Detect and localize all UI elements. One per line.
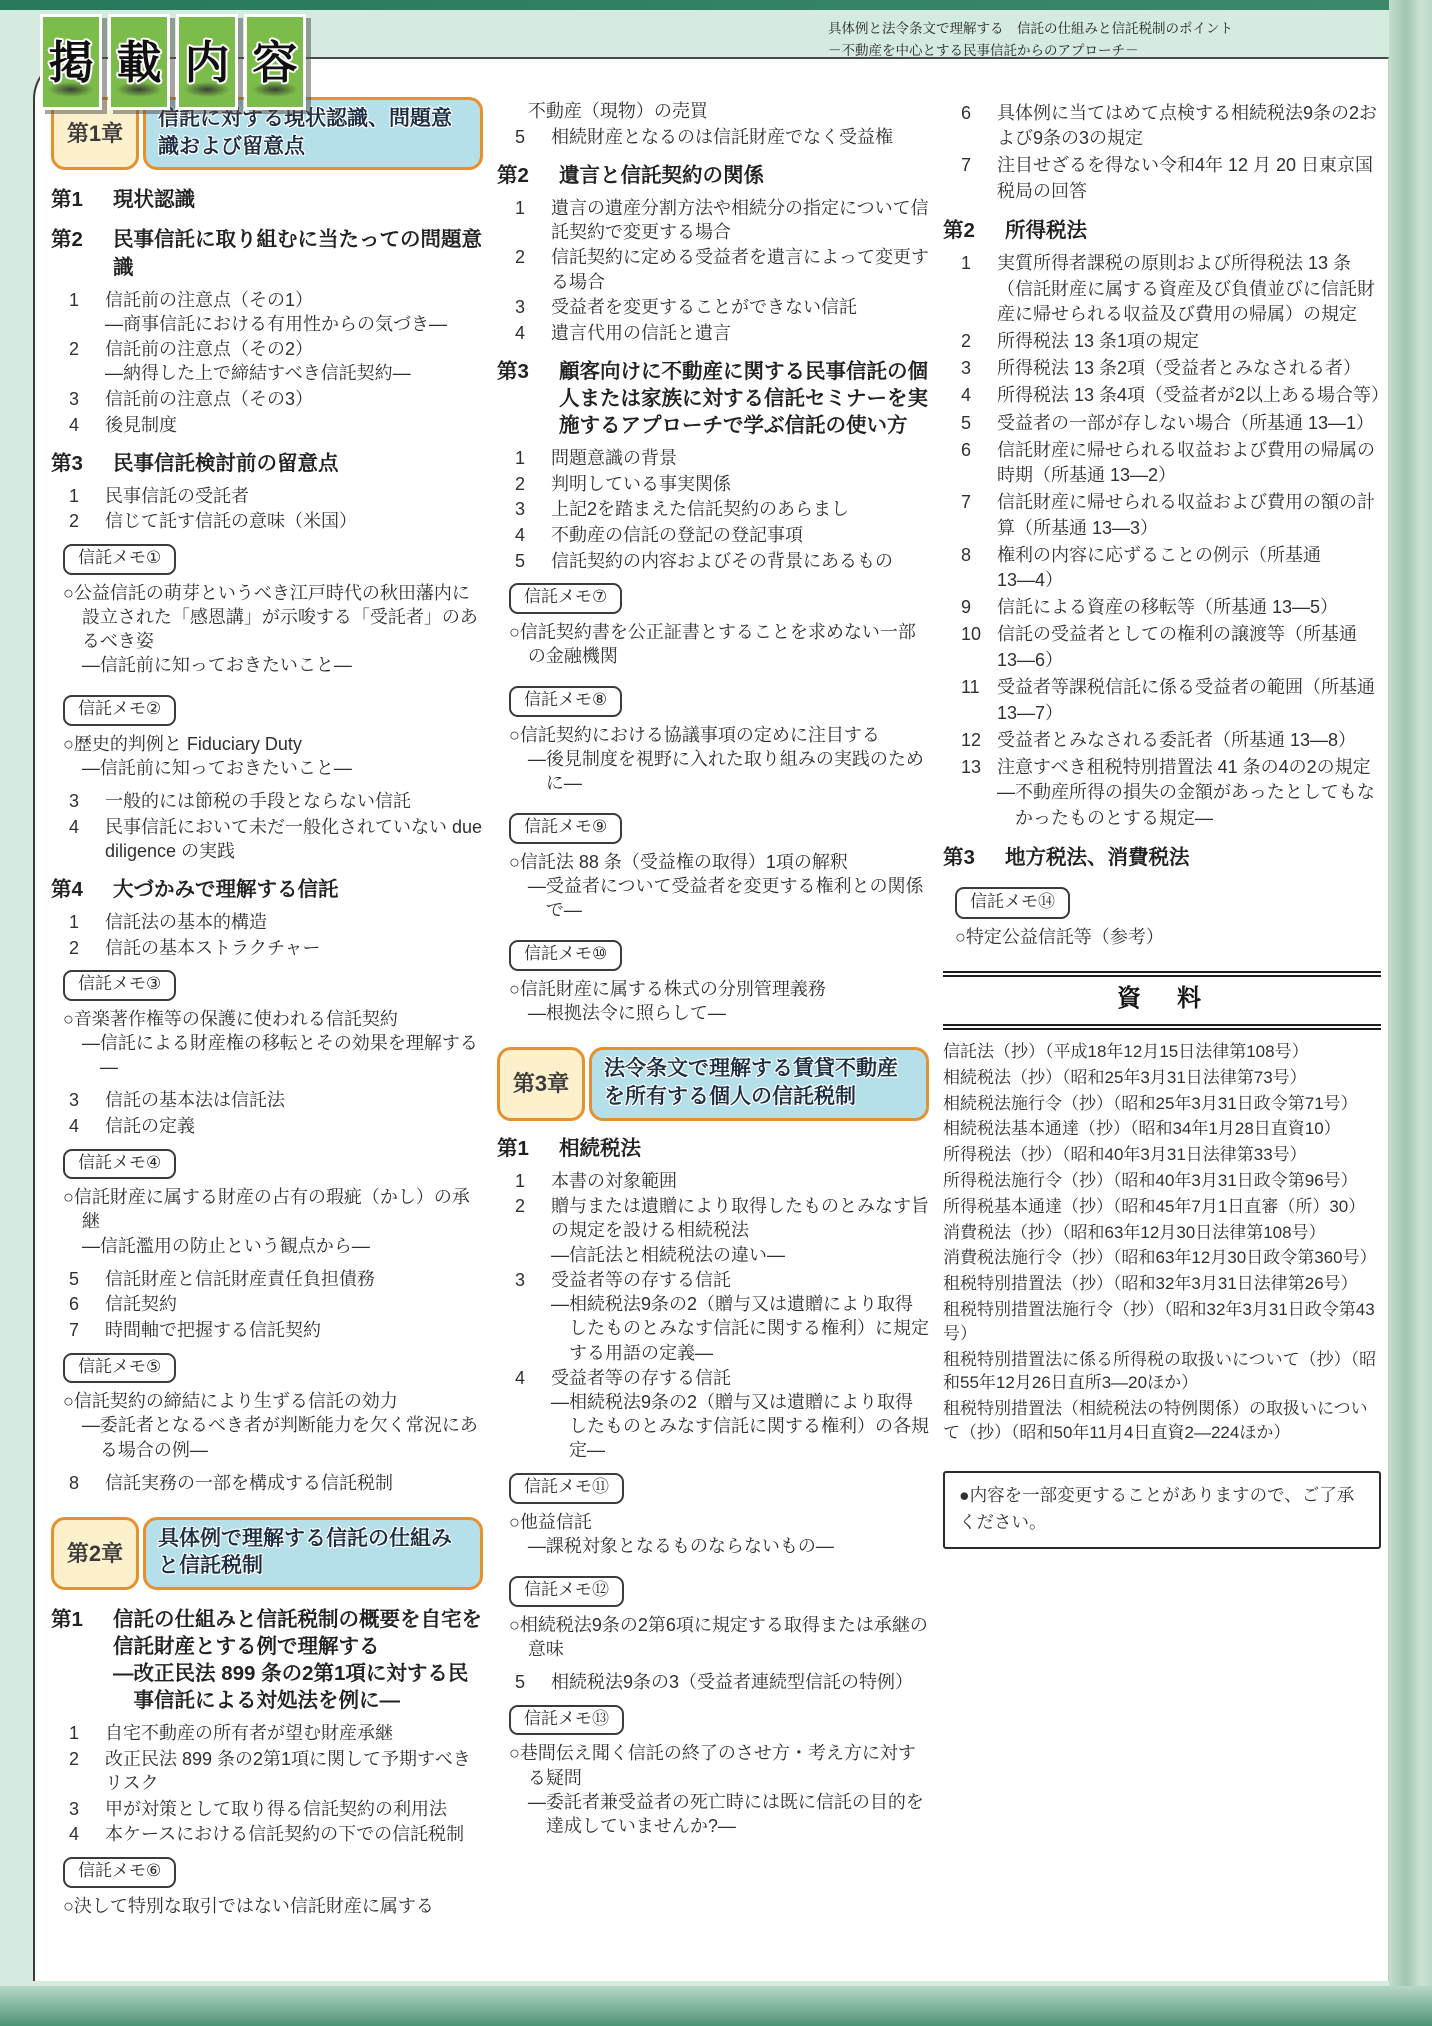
item-number: 2 — [69, 337, 105, 385]
toc-item: 4遺言代用の信託と遺言 — [497, 321, 929, 345]
dash-subtitle: ―委託者兼受益者の死亡時には既に信託の目的を達成していませんか?― — [528, 1790, 929, 1838]
resource-item: 信託法（抄）（平成18年12月15日法律第108号） — [943, 1040, 1381, 1064]
memo-note: ○信託契約における協議事項の定めに注目する―後見制度を視野に入れた取り組みの実践… — [509, 723, 929, 795]
item-text: 相続税法9条の3（受益者連続型信託の特例） — [551, 1670, 929, 1694]
section-number: 第2 — [51, 226, 113, 280]
item-number: 11 — [961, 675, 997, 726]
memo-note: ○相続税法9条の2第6項に規定する取得または承継の意味 — [509, 1613, 929, 1661]
item-text: 信託契約に定める受益者を遺言によって変更する場合 — [551, 245, 929, 293]
toc-item: 6具体例に当てはめて点検する相続税法9条の2および9条の3の規定 — [943, 101, 1381, 152]
notice-text: ●内容を一部変更することがありますので、ご了承ください。 — [959, 1482, 1365, 1536]
item-number: 5 — [69, 1267, 105, 1291]
toc-item: 3信託前の注意点（その3） — [51, 387, 483, 411]
section-number: 第3 — [943, 844, 1005, 871]
memo-note: ○決して特別な取引ではない信託財産に属する — [63, 1894, 483, 1918]
memo-note: ○音楽著作権等の保護に使われる信託契約―信託による財産権の移転とその効果を理解す… — [63, 1007, 483, 1079]
memo-badge: 信託メモ⑩ — [509, 940, 622, 971]
memo-badge: 信託メモ② — [63, 695, 176, 726]
item-number: 1 — [515, 1169, 551, 1193]
title-tab: 内 — [176, 14, 238, 110]
resource-item: 租税特別措置法に係る所得税の取扱いについて（抄）（昭和55年12月26日直所3―… — [943, 1348, 1381, 1396]
toc-item: 2判明している事実関係 — [497, 472, 929, 496]
item-text: 遺言の遺産分割方法や相続分の指定について信託契約で変更する場合 — [551, 196, 929, 244]
item-number: 7 — [961, 490, 997, 541]
dash-subtitle: ―不動産所得の損失の金額があったとしてもなかったものとする規定― — [997, 780, 1381, 831]
item-text: 贈与または遺贈により取得したものとみなす旨の規定を設ける相続税法―信託法と相続税… — [551, 1194, 929, 1266]
item-number: 8 — [961, 543, 997, 594]
item-text: 民事信託の受託者 — [105, 484, 483, 508]
toc-item: 1自宅不動産の所有者が望む財産承継 — [51, 1721, 483, 1745]
section-number: 第2 — [943, 217, 1005, 244]
section-number: 第1 — [497, 1135, 559, 1162]
toc-item: 4民事信託において未だ一般化されていない due diligence の実践 — [51, 815, 483, 863]
toc-column-3: 6具体例に当てはめて点検する相続税法9条の2および9条の3の規定7注目せざるを得… — [943, 99, 1381, 1549]
item-number: 6 — [961, 438, 997, 489]
bottom-green-bar — [0, 1986, 1432, 2026]
memo-badge: 信託メモ⑦ — [509, 583, 622, 614]
toc-item: 7信託財産に帰せられる収益および費用の額の計算（所基通 13―3） — [943, 490, 1381, 541]
item-number: 10 — [961, 622, 997, 673]
item-number: 6 — [69, 1292, 105, 1316]
toc-item: 2信託契約に定める受益者を遺言によって変更する場合 — [497, 245, 929, 293]
toc-item: 2信じて託す信託の意味（米国） — [51, 509, 483, 533]
section-heading: 第3地方税法、消費税法 — [943, 844, 1381, 871]
toc-item: 3受益者等の存する信託―相続税法9条の2（贈与又は遺贈により取得したものとみなす… — [497, 1268, 929, 1364]
item-text: 不動産の信託の登記の登記事項 — [551, 523, 929, 547]
item-text: 受益者の一部が存しない場合（所基通 13―1） — [997, 411, 1381, 437]
toc-item: 6信託財産に帰せられる収益および費用の帰属の時期（所基通 13―2） — [943, 438, 1381, 489]
resources-header: 資 料 — [943, 971, 1381, 1030]
section-number: 第1 — [51, 1606, 113, 1714]
item-text: 受益者等の存する信託―相続税法9条の2（贈与又は遺贈により取得したものとみなす信… — [551, 1268, 929, 1364]
item-text: 権利の内容に応ずることの例示（所基通 13―4） — [997, 543, 1381, 594]
item-text: 信託実務の一部を構成する信託税制 — [105, 1471, 483, 1495]
item-text: 所得税法 13 条2項（受益者とみなされる者） — [997, 356, 1381, 382]
toc-item: 1民事信託の受託者 — [51, 484, 483, 508]
toc-item: 5相続財産となるのは信託財産でなく受益権 — [497, 125, 929, 149]
item-number: 1 — [69, 910, 105, 934]
memo-badge: 信託メモ⑥ — [63, 1857, 176, 1888]
dash-subtitle: ―信託濫用の防止という観点から― — [82, 1234, 483, 1258]
section-title: 大づかみで理解する信託 — [113, 876, 483, 903]
section-heading: 第2遺言と信託契約の関係 — [497, 162, 929, 189]
toc-item: 9信託による資産の移転等（所基通 13―5） — [943, 595, 1381, 621]
toc-item: 2所得税法 13 条1項の規定 — [943, 329, 1381, 355]
item-text: 信託財産と信託財産責任負担債務 — [105, 1267, 483, 1291]
item-text: 一般的には節税の手段とならない信託 — [105, 789, 483, 813]
toc-item: 2信託の基本ストラクチャー — [51, 936, 483, 960]
toc-item: 7時間軸で把握する信託契約 — [51, 1318, 483, 1342]
item-text: 受益者等課税信託に係る受益者の範囲（所基通 13―7） — [997, 675, 1381, 726]
chapter-heading: 第2章具体例で理解する信託の仕組みと信託税制 — [51, 1517, 483, 1590]
item-text: 所得税法 13 条1項の規定 — [997, 329, 1381, 355]
top-green-bar — [0, 0, 1432, 10]
item-text: 遺言代用の信託と遺言 — [551, 321, 929, 345]
memo-note: ○信託契約書を公正証書とすることを求めない一部の金融機関 — [509, 620, 929, 668]
item-text: 甲が対策として取り得る信託契約の利用法 — [105, 1797, 483, 1821]
item-text: 改正民法 899 条の2第1項に関して予期すべきリスク — [105, 1747, 483, 1795]
chapter-title: 法令条文で理解する賃貸不動産を所有する個人の信託税制 — [589, 1047, 929, 1120]
toc-item: 1実質所得者課税の原則および所得税法 13 条（信託財産に属する資産及び負債並び… — [943, 251, 1381, 328]
resource-item: 所得税法（抄）（昭和40年3月31日法律第33号） — [943, 1143, 1381, 1167]
resource-item: 租税特別措置法（相続税法の特例関係）の取扱いについて（抄）（昭和50年11月4日… — [943, 1397, 1381, 1445]
item-text: 具体例に当てはめて点検する相続税法9条の2および9条の3の規定 — [997, 101, 1381, 152]
item-number: 2 — [69, 1747, 105, 1795]
item-number: 1 — [69, 288, 105, 336]
toc-column-2: 不動産（現物）の売買5相続財産となるのは信託財産でなく受益権第2遺言と信託契約の… — [497, 99, 929, 1847]
item-text: 信託の定義 — [105, 1114, 483, 1138]
item-text: 判明している事実関係 — [551, 472, 929, 496]
toc-item: 5信託財産と信託財産責任負担債務 — [51, 1267, 483, 1291]
toc-item: 1信託法の基本的構造 — [51, 910, 483, 934]
section-heading: 第1信託の仕組みと信託税制の概要を自宅を信託財産とする例で理解する―改正民法 8… — [51, 1606, 483, 1714]
item-text: 受益者とみなされる委託者（所基通 13―8） — [997, 728, 1381, 754]
item-number: 5 — [515, 549, 551, 573]
memo-note: ○歴史的判例と Fiduciary Duty―信託前に知っておきたいこと― — [63, 732, 483, 780]
section-heading: 第1現状認識 — [51, 186, 483, 213]
item-text: 信託前の注意点（その2）―納得した上で締結すべき信託契約― — [105, 337, 483, 385]
item-number: 9 — [961, 595, 997, 621]
memo-badge: 信託メモ⑤ — [63, 1353, 176, 1384]
memo-note: ○公益信託の萌芽というべき江戸時代の秋田藩内に設立された「感恩講」が示唆する「受… — [63, 581, 483, 677]
dash-subtitle: ―納得した上で締結すべき信託契約― — [105, 361, 483, 385]
item-number: 5 — [515, 1670, 551, 1694]
item-number: 8 — [69, 1471, 105, 1495]
toc-item: 1本書の対象範囲 — [497, 1169, 929, 1193]
item-text: 信託財産に帰せられる収益および費用の額の計算（所基通 13―3） — [997, 490, 1381, 541]
dash-subtitle: ―後見制度を視野に入れた取り組みの実践のために― — [528, 747, 929, 795]
item-number: 1 — [515, 196, 551, 244]
toc-item: 5受益者の一部が存しない場合（所基通 13―1） — [943, 411, 1381, 437]
chapter-heading: 第3章法令条文で理解する賃貸不動産を所有する個人の信託税制 — [497, 1047, 929, 1120]
section-title: 相続税法 — [559, 1135, 929, 1162]
toc-item: 4所得税法 13 条4項（受益者が2以上ある場合等） — [943, 383, 1381, 409]
toc-item: 4不動産の信託の登記の登記事項 — [497, 523, 929, 547]
memo-badge: 信託メモ⑬ — [509, 1705, 624, 1736]
resource-item: 所得税法施行令（抄）（昭和40年3月31日政令第96号） — [943, 1169, 1381, 1193]
item-text: 信託財産に帰せられる収益および費用の帰属の時期（所基通 13―2） — [997, 438, 1381, 489]
toc-item: 7注目せざるを得ない令和4年 12 月 20 日東京国税局の回答 — [943, 153, 1381, 204]
toc-item: 3上記2を踏まえた信託契約のあらまし — [497, 497, 929, 521]
title-tab-char: 容 — [252, 26, 297, 91]
item-number: 3 — [961, 356, 997, 382]
memo-badge: 信託メモ④ — [63, 1149, 176, 1180]
item-number: 2 — [69, 936, 105, 960]
toc-item: 1遺言の遺産分割方法や相続分の指定について信託契約で変更する場合 — [497, 196, 929, 244]
resource-item: 相続税法施行令（抄）（昭和25年3月31日政令第71号） — [943, 1092, 1381, 1116]
item-number: 13 — [961, 755, 997, 832]
item-number: 3 — [515, 497, 551, 521]
toc-item: 3一般的には節税の手段とならない信託 — [51, 789, 483, 813]
section-title: 地方税法、消費税法 — [1005, 844, 1381, 871]
dash-subtitle: ―信託による財産権の移転とその効果を理解する― — [82, 1031, 483, 1079]
item-text: 信託前の注意点（その3） — [105, 387, 483, 411]
toc-item: 5信託契約の内容およびその背景にあるもの — [497, 549, 929, 573]
section-heading: 第2民事信託に取り組むに当たっての問題意識 — [51, 226, 483, 280]
section-heading: 第4大づかみで理解する信託 — [51, 876, 483, 903]
item-number: 1 — [961, 251, 997, 328]
section-number: 第3 — [51, 450, 113, 477]
toc-item: 2信託前の注意点（その2）―納得した上で締結すべき信託契約― — [51, 337, 483, 385]
toc-item: 1問題意識の背景 — [497, 446, 929, 470]
toc-item: 4信託の定義 — [51, 1114, 483, 1138]
item-text: 信託前の注意点（その1）―商事信託における有用性からの気づき― — [105, 288, 483, 336]
section-heading: 第2所得税法 — [943, 217, 1381, 244]
item-number: 2 — [515, 245, 551, 293]
toc-item: 6信託契約 — [51, 1292, 483, 1316]
item-text: 時間軸で把握する信託契約 — [105, 1318, 483, 1342]
item-number: 4 — [961, 383, 997, 409]
item-text: 本ケースにおける信託契約の下での信託税制 — [105, 1822, 483, 1846]
memo-badge: 信託メモ⑫ — [509, 1576, 624, 1607]
memo-note: ○信託契約の締結により生ずる信託の効力―委託者となるべき者が判断能力を欠く常況に… — [63, 1389, 483, 1461]
section-heading: 第3民事信託検討前の留意点 — [51, 450, 483, 477]
memo-badge: 信託メモ③ — [63, 970, 176, 1001]
item-number: 3 — [515, 1268, 551, 1364]
item-number: 3 — [69, 387, 105, 411]
dash-subtitle: ―受益者について受益者を変更する権利との関係で― — [528, 874, 929, 922]
toc-item: 8権利の内容に応ずることの例示（所基通 13―4） — [943, 543, 1381, 594]
toc-item: 2改正民法 899 条の2第1項に関して予期すべきリスク — [51, 1747, 483, 1795]
item-number: 4 — [515, 523, 551, 547]
toc-item: 3信託の基本法は信託法 — [51, 1088, 483, 1112]
section-title: 現状認識 — [113, 186, 483, 213]
item-number: 12 — [961, 728, 997, 754]
resource-item: 租税特別措置法（抄）（昭和32年3月31日法律第26号） — [943, 1272, 1381, 1296]
chapter-number: 第3章 — [497, 1047, 585, 1120]
item-number: 6 — [961, 101, 997, 152]
toc-item: 3所得税法 13 条2項（受益者とみなされる者） — [943, 356, 1381, 382]
section-title: 民事信託に取り組むに当たっての問題意識 — [113, 226, 483, 280]
item-number: 1 — [69, 484, 105, 508]
memo-note: ○他益信託―課税対象となるものならないもの― — [509, 1510, 929, 1558]
section-number: 第2 — [497, 162, 559, 189]
item-number: 1 — [69, 1721, 105, 1745]
item-text: 本書の対象範囲 — [551, 1169, 929, 1193]
resource-item: 租税特別措置法施行令（抄）（昭和32年3月31日政令第43号） — [943, 1298, 1381, 1346]
memo-note: ○信託法 88 条（受益権の取得）1項の解釈―受益者について受益者を変更する権利… — [509, 850, 929, 922]
item-text: 注目せざるを得ない令和4年 12 月 20 日東京国税局の回答 — [997, 153, 1381, 204]
memo-badge: 信託メモ⑭ — [955, 887, 1070, 919]
toc-item: 4本ケースにおける信託契約の下での信託税制 — [51, 1822, 483, 1846]
item-number: 5 — [961, 411, 997, 437]
dash-subtitle: ―信託前に知っておきたいこと― — [82, 756, 483, 780]
item-number: 7 — [69, 1318, 105, 1342]
item-text: 自宅不動産の所有者が望む財産承継 — [105, 1721, 483, 1745]
section-heading: 第1相続税法 — [497, 1135, 929, 1162]
section-title: 所得税法 — [1005, 217, 1381, 244]
resource-item: 相続税法（抄）（昭和25年3月31日法律第73号） — [943, 1066, 1381, 1090]
item-text: 受益者等の存する信託―相続税法9条の2（贈与又は遺贈により取得したものとみなす信… — [551, 1366, 929, 1462]
toc-item: 5相続税法9条の3（受益者連続型信託の特例） — [497, 1670, 929, 1694]
item-text: 信託契約の内容およびその背景にあるもの — [551, 549, 929, 573]
section-title: 信託の仕組みと信託税制の概要を自宅を信託財産とする例で理解する―改正民法 899… — [113, 1606, 483, 1714]
item-number: 4 — [69, 1822, 105, 1846]
section-title: 顧客向けに不動産に関する民事信託の個人または家族に対する信託セミナーを実施するア… — [559, 358, 929, 439]
item-number: 2 — [515, 1194, 551, 1266]
item-number: 2 — [515, 472, 551, 496]
resource-item: 所得税基本通達（抄）（昭和45年7月1日直審（所）30） — [943, 1195, 1381, 1219]
item-number: 3 — [69, 789, 105, 813]
toc-item: 4受益者等の存する信託―相続税法9条の2（贈与又は遺贈により取得したものとみなす… — [497, 1366, 929, 1462]
dash-subtitle: ―課税対象となるものならないもの― — [528, 1534, 929, 1558]
title-tab: 掲 — [40, 14, 102, 110]
toc-item: 8信託実務の一部を構成する信託税制 — [51, 1471, 483, 1495]
chapter-number: 第2章 — [51, 1517, 139, 1590]
item-text: 民事信託において未だ一般化されていない due diligence の実践 — [105, 815, 483, 863]
item-number: 4 — [69, 413, 105, 437]
memo-badge: 信託メモ⑧ — [509, 686, 622, 717]
dash-subtitle: ―相続税法9条の2（贈与又は遺贈により取得したものとみなす信託に関する権利）に規… — [551, 1292, 929, 1364]
item-text: 信託の基本ストラクチャー — [105, 936, 483, 960]
title-tab: 容 — [244, 14, 306, 110]
title-tab-char: 載 — [116, 26, 161, 91]
item-number: 4 — [69, 815, 105, 863]
item-number: 4 — [515, 321, 551, 345]
right-page-margin — [1389, 0, 1432, 2026]
toc-item: 13注意すべき租税特別措置法 41 条の4の2の規定―不動産所得の損失の金額があ… — [943, 755, 1381, 832]
item-number: 1 — [515, 446, 551, 470]
dash-subtitle: ―信託前に知っておきたいこと― — [82, 653, 483, 677]
section-title: 民事信託検討前の留意点 — [113, 450, 483, 477]
dash-subtitle: ―根拠法令に照らして― — [528, 1001, 929, 1025]
toc-item: 11受益者等課税信託に係る受益者の範囲（所基通 13―7） — [943, 675, 1381, 726]
memo-note: ○信託財産に属する財産の占有の瑕疵（かし）の承継―信託濫用の防止という観点から― — [63, 1185, 483, 1257]
section-number: 第4 — [51, 876, 113, 903]
item-text: 相続財産となるのは信託財産でなく受益権 — [551, 125, 929, 149]
resource-item: 消費税法（抄）（昭和63年12月30日法律第108号） — [943, 1221, 1381, 1245]
item-text: 所得税法 13 条4項（受益者が2以上ある場合等） — [997, 383, 1381, 409]
page-title-tabs: 掲載内容 — [40, 14, 306, 110]
resource-item: 消費税法施行令（抄）（昭和63年12月30日政令第360号） — [943, 1246, 1381, 1270]
toc-item: 4後見制度 — [51, 413, 483, 437]
item-text: 信託の受益者としての権利の譲渡等（所基通 13―6） — [997, 622, 1381, 673]
toc-item: 3受益者を変更することができない信託 — [497, 295, 929, 319]
dash-subtitle: ―改正民法 899 条の2第1項に対する民事信託による対処法を例に― — [113, 1660, 483, 1714]
item-text: 注意すべき租税特別措置法 41 条の4の2の規定―不動産所得の損失の金額があった… — [997, 755, 1381, 832]
chapter-title: 具体例で理解する信託の仕組みと信託税制 — [143, 1517, 483, 1590]
item-number: 4 — [515, 1366, 551, 1462]
item-text: 受益者を変更することができない信託 — [551, 295, 929, 319]
item-text: 信託契約 — [105, 1292, 483, 1316]
content-panel: 第1章信託に対する現状認識、問題意識および留意点第1現状認識第2民事信託に取り組… — [33, 57, 1389, 1981]
title-tab-char: 掲 — [48, 26, 93, 91]
toc-item: 2贈与または遺贈により取得したものとみなす旨の規定を設ける相続税法―信託法と相続… — [497, 1194, 929, 1266]
resource-item: 相続税法基本通達（抄）（昭和34年1月28日直資10） — [943, 1117, 1381, 1141]
item-number: 3 — [515, 295, 551, 319]
toc-item: 10信託の受益者としての権利の譲渡等（所基通 13―6） — [943, 622, 1381, 673]
item-text: 信託による資産の移転等（所基通 13―5） — [997, 595, 1381, 621]
item-text: 上記2を踏まえた信託契約のあらまし — [551, 497, 929, 521]
section-title: 遺言と信託契約の関係 — [559, 162, 929, 189]
memo-badge: 信託メモ⑨ — [509, 813, 622, 844]
header-note: 具体例と法令条文で理解する 信託の仕組みと信託税制のポイント －不動産を中心とす… — [828, 18, 1248, 63]
notice-box: ●内容を一部変更することがありますので、ご了承ください。 — [943, 1471, 1381, 1549]
item-text: 信託法の基本的構造 — [105, 910, 483, 934]
toc-column-1: 第1章信託に対する現状認識、問題意識および留意点第1現状認識第2民事信託に取り組… — [51, 95, 483, 1927]
item-number: 3 — [69, 1797, 105, 1821]
memo-badge: 信託メモ① — [63, 544, 176, 575]
toc-item: 12受益者とみなされる委託者（所基通 13―8） — [943, 728, 1381, 754]
item-text: 実質所得者課税の原則および所得税法 13 条（信託財産に属する資産及び負債並びに… — [997, 251, 1381, 328]
item-number: 2 — [69, 509, 105, 533]
item-text: 信託の基本法は信託法 — [105, 1088, 483, 1112]
memo-note: ○信託財産に属する株式の分別管理義務―根拠法令に照らして― — [509, 977, 929, 1025]
section-number: 第1 — [51, 186, 113, 213]
item-number: 5 — [515, 125, 551, 149]
dash-subtitle: ―相続税法9条の2（贈与又は遺贈により取得したものとみなす信託に関する権利）の各… — [551, 1390, 929, 1462]
memo-note: ○巷間伝え聞く信託の終了のさせ方・考え方に対する疑問―委託者兼受益者の死亡時には… — [509, 1741, 929, 1837]
header-note-line2: －不動産を中心とする民事信託からのアプローチ－ — [828, 40, 1248, 62]
dash-subtitle: ―商事信託における有用性からの気づき― — [105, 312, 483, 336]
item-number: 3 — [69, 1088, 105, 1112]
memo-badge: 信託メモ⑪ — [509, 1473, 624, 1504]
title-tab: 載 — [108, 14, 170, 110]
toc-item: 3甲が対策として取り得る信託契約の利用法 — [51, 1797, 483, 1821]
section-number: 第3 — [497, 358, 559, 439]
item-text: 問題意識の背景 — [551, 446, 929, 470]
continuation-line: 不動産（現物）の売買 — [509, 99, 929, 123]
dash-subtitle: ―信託法と相続税法の違い― — [551, 1243, 929, 1267]
item-text: 後見制度 — [105, 413, 483, 437]
header-note-line1: 具体例と法令条文で理解する 信託の仕組みと信託税制のポイント — [828, 18, 1248, 40]
section-heading: 第3顧客向けに不動産に関する民事信託の個人または家族に対する信託セミナーを実施す… — [497, 358, 929, 439]
toc-item: 1信託前の注意点（その1）―商事信託における有用性からの気づき― — [51, 288, 483, 336]
memo-note: ○特定公益信託等（参考） — [955, 925, 1381, 951]
item-number: 7 — [961, 153, 997, 204]
item-text: 信じて託す信託の意味（米国） — [105, 509, 483, 533]
title-tab-char: 内 — [184, 26, 229, 91]
item-number: 2 — [961, 329, 997, 355]
dash-subtitle: ―委託者となるべき者が判断能力を欠く常況にある場合の例― — [82, 1413, 483, 1461]
item-number: 4 — [69, 1114, 105, 1138]
